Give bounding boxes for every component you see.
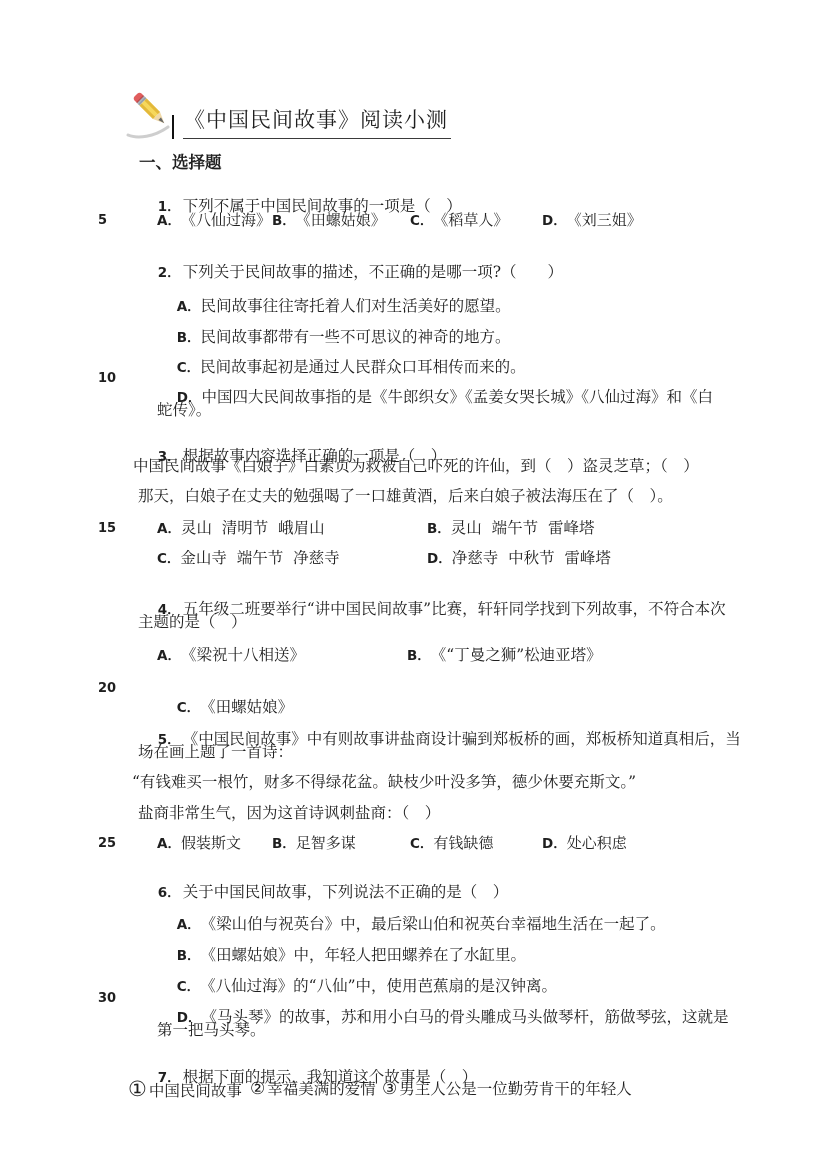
q3-option-d: D．净慈寺 中秋节 雷峰塔 <box>427 549 611 569</box>
q1-option-b: B．《田螺姑娘》 <box>272 211 386 231</box>
hint-mark: ③ <box>382 1079 397 1099</box>
q1-option-c: C．《稻草人》 <box>410 211 508 231</box>
question-5-text-3: 盐商非常生气，因为这首诗讽刺盐商：（ ） <box>138 804 440 823</box>
question-5-poem: “有钱难买一根竹，财多不得绿花盆。缺枝少叶没多笋，德少休要充斯文。” <box>132 773 636 792</box>
q3-option-a: A．灵山 清明节 峨眉山 <box>157 519 325 539</box>
line-number-30: 30 <box>98 991 116 1006</box>
option-text: 《马头琴》的故事，苏和用小白马的骨头雕成马头做琴杆，筋做琴弦，这就是 <box>201 1008 728 1026</box>
q1-option-d: D．《刘三姐》 <box>542 211 642 231</box>
hint-3: ③男主人公是一位勤劳肯干的年轻人 <box>382 1080 632 1099</box>
pencil-icon <box>124 88 176 142</box>
q3-option-b: B．灵山 端午节 雷峰塔 <box>427 519 595 539</box>
hint-2: ②幸福美满的爱情 <box>250 1080 376 1099</box>
q5-option-d: D．处心积虑 <box>542 834 627 854</box>
question-4-text-2: 主题的是（ ） <box>138 613 247 632</box>
hint-mark: ① <box>128 1077 147 1101</box>
question-5-text-2: 场在画上题了一首诗： <box>138 743 293 762</box>
text-cursor <box>172 115 174 139</box>
section-heading: 一、选择题 <box>139 153 222 172</box>
q5-option-b: B．足智多谋 <box>272 834 356 854</box>
q3-option-c: C．金山寺 端午节 净慈寺 <box>157 549 340 569</box>
hint-text: 男主人公是一位勤劳肯干的年轻人 <box>399 1080 632 1098</box>
question-4-text: 五年级二班要举行“讲中国民间故事”比赛，轩轩同学找到下列故事，不符合本次 <box>183 600 726 618</box>
q6-option-d-continuation: 第一把马头琴。 <box>157 1021 266 1040</box>
hint-text: 中国民间故事 <box>149 1082 242 1100</box>
q4-option-b: B．《“丁曼之狮”松迪亚塔》 <box>407 646 602 666</box>
q1-option-a: A．《八仙过海》 <box>157 211 271 231</box>
q5-option-c: C．有钱缺德 <box>410 834 493 854</box>
q5-option-a: A．假装斯文 <box>157 834 241 854</box>
line-number-10: 10 <box>98 371 116 386</box>
hint-mark: ② <box>250 1079 265 1099</box>
q3-paragraph-2: 那天，白娘子在丈夫的勉强喝了一口雄黄酒，后来白娘子被法海压在了（ ）。 <box>138 487 673 506</box>
hint-text: 幸福美满的爱情 <box>267 1080 376 1098</box>
page: 《中国民间故事》阅读小测 5 10 15 20 25 30 一、选择题 1．下列… <box>0 0 826 1169</box>
hint-1: ①中国民间故事 <box>128 1080 242 1101</box>
q4-option-a: A．《梁祝十八相送》 <box>157 646 305 666</box>
q2-option-d: D．中国四大民间故事指的是《牛郎织女》《孟姜女哭长城》《八仙过海》和《白 <box>157 369 713 427</box>
option-text: 中国四大民间故事指的是《牛郎织女》《孟姜女哭长城》《八仙过海》和《白 <box>201 388 713 406</box>
q3-paragraph-1: 中国民间故事《白娘子》白素贞为救被自己吓死的许仙，到（ ）盗灵芝草；（ ） <box>133 457 699 476</box>
question-7-hints-row: ①中国民间故事 ②幸福美满的爱情 ③男主人公是一位勤劳肯干的年轻人 <box>0 1080 826 1169</box>
doc-title: 《中国民间故事》阅读小测 <box>183 104 451 139</box>
q2-option-d-continuation: 蛇传》。 <box>157 401 211 420</box>
